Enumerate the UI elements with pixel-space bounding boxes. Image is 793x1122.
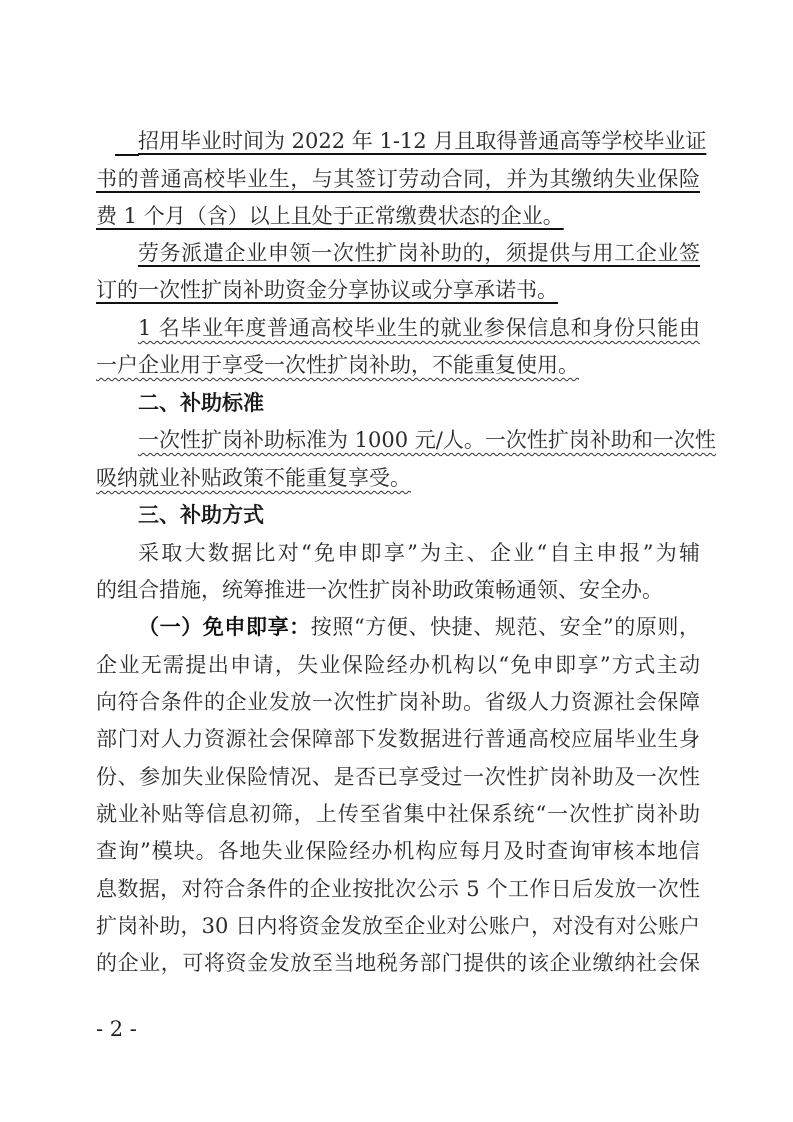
bold-lead-title: （一）免申即享：: [138, 615, 311, 639]
text-span: 的企业，可将资金发放至当地税务部门提供的该企业缴纳社会保: [96, 951, 700, 975]
paragraph-7-line-2: 的组合措施，统筹推进一次性扩岗补助政策畅通领、安全办。: [96, 572, 663, 609]
section-heading-subsidy-standard: 二、补助标准: [138, 385, 264, 422]
text-span: 企业无需提出申请，失业保险经办机构以“免申即享”方式主动: [96, 653, 700, 677]
paragraph-2-line-2: 订的一次性扩岗补助资金分享协议或分享承诺书。: [96, 272, 558, 309]
document-page: 招用毕业时间为 2022 年 1-12 月且取得普通高等学校毕业证 书的普通高校…: [0, 0, 793, 1122]
paragraph-2-line-1: 劳务派遣企业申领一次性扩岗补助的，须提供与用工企业签: [138, 235, 700, 272]
heading-text: 二、补助标准: [138, 391, 264, 415]
paragraph-8-line-4: 部门对人力资源社会保障部下发数据进行普通高校应届毕业生身: [96, 721, 700, 758]
paragraph-3-line-2: 一户企业用于享受一次性扩岗补助，不能重复使用。: [96, 347, 579, 384]
paragraph-1-line-2: 书的普通高校毕业生，与其签订劳动合同，并为其缴纳失业保险: [96, 161, 700, 198]
page-number: - 2 -: [96, 1014, 137, 1044]
text-span: 向符合条件的企业发放一次性扩岗补助。省级人力资源社会保障: [96, 690, 700, 714]
text-span: 的组合措施，统筹推进一次性扩岗补助政策畅通领、安全办。: [96, 578, 663, 602]
text-span: 吸纳就业补贴政策不能重复享受。: [96, 466, 411, 490]
text-span: 份、参加失业保险情况、是否已享受过一次性扩岗补助及一次性: [96, 765, 700, 789]
paragraph-1-line-3: 费 1 个月（含）以上且处于正常缴费状态的企业。: [96, 198, 564, 235]
text-span: 书的普通高校毕业生，与其签订劳动合同，并为其缴纳失业保险: [96, 167, 700, 191]
text-span: 招用毕业时间为 2022 年 1-12 月且取得普通高等学校毕业证: [138, 129, 706, 153]
text-span: 1 名毕业年度普通高校毕业生的就业参保信息和身份只能由: [138, 316, 700, 340]
section-heading-subsidy-method: 三、补助方式: [138, 497, 264, 534]
text-span: 息数据，对符合条件的企业按批次公示 5 个工作日后发放一次性: [96, 877, 700, 901]
text-span: 部门对人力资源社会保障部下发数据进行普通高校应届毕业生身: [96, 727, 700, 751]
text-span: 一户企业用于享受一次性扩岗补助，不能重复使用。: [96, 353, 579, 377]
text-span: 扩岗补助，30 日内将资金发放至企业对公账户，对没有对公账户: [96, 914, 700, 938]
text-span: 费 1 个月（含）以上且处于正常缴费状态的企业。: [96, 204, 564, 228]
paragraph-8-line-2: 企业无需提出申请，失业保险经办机构以“免申即享”方式主动: [96, 647, 700, 684]
paragraph-1-line-1: 招用毕业时间为 2022 年 1-12 月且取得普通高等学校毕业证: [138, 123, 700, 160]
text-span: 就业补贴等信息初筛，上传至省集中社保系统“一次性扩岗补助: [96, 802, 700, 826]
text-span: 采取大数据比对“免申即享”为主、企业“自主申报”为辅: [138, 541, 700, 565]
heading-text: 三、补助方式: [138, 503, 264, 527]
paragraph-8-line-1: （一）免申即享：按照“方便、快捷、规范、安全”的原则，: [138, 609, 700, 646]
text-span: 订的一次性扩岗补助资金分享协议或分享承诺书。: [96, 278, 558, 302]
paragraph-8-line-3: 向符合条件的企业发放一次性扩岗补助。省级人力资源社会保障: [96, 684, 700, 721]
paragraph-8-line-6: 就业补贴等信息初筛，上传至省集中社保系统“一次性扩岗补助: [96, 796, 700, 833]
text-span: 查询”模块。各地失业保险经办机构应每月及时查询审核本地信: [96, 839, 700, 863]
text-span: 按照“方便、快捷、规范、安全”的原则，: [311, 615, 700, 639]
paragraph-8-line-8: 息数据，对符合条件的企业按批次公示 5 个工作日后发放一次性: [96, 871, 700, 908]
paragraph-8-line-7: 查询”模块。各地失业保险经办机构应每月及时查询审核本地信: [96, 833, 700, 870]
paragraph-8-line-5: 份、参加失业保险情况、是否已享受过一次性扩岗补助及一次性: [96, 759, 700, 796]
underline-indent-segment: [115, 154, 139, 156]
paragraph-8-line-9: 扩岗补助，30 日内将资金发放至企业对公账户，对没有对公账户: [96, 908, 700, 945]
text-span: 一次性扩岗补助标准为 1000 元/人。一次性扩岗补助和一次性: [138, 428, 716, 452]
paragraph-8-line-10: 的企业，可将资金发放至当地税务部门提供的该企业缴纳社会保: [96, 945, 700, 982]
paragraph-5-line-2: 吸纳就业补贴政策不能重复享受。: [96, 460, 411, 497]
paragraph-3-line-1: 1 名毕业年度普通高校毕业生的就业参保信息和身份只能由: [138, 310, 700, 347]
paragraph-5-line-1: 一次性扩岗补助标准为 1000 元/人。一次性扩岗补助和一次性: [138, 422, 700, 459]
text-span: 劳务派遣企业申领一次性扩岗补助的，须提供与用工企业签: [138, 241, 700, 265]
paragraph-7-line-1: 采取大数据比对“免申即享”为主、企业“自主申报”为辅: [138, 535, 700, 572]
